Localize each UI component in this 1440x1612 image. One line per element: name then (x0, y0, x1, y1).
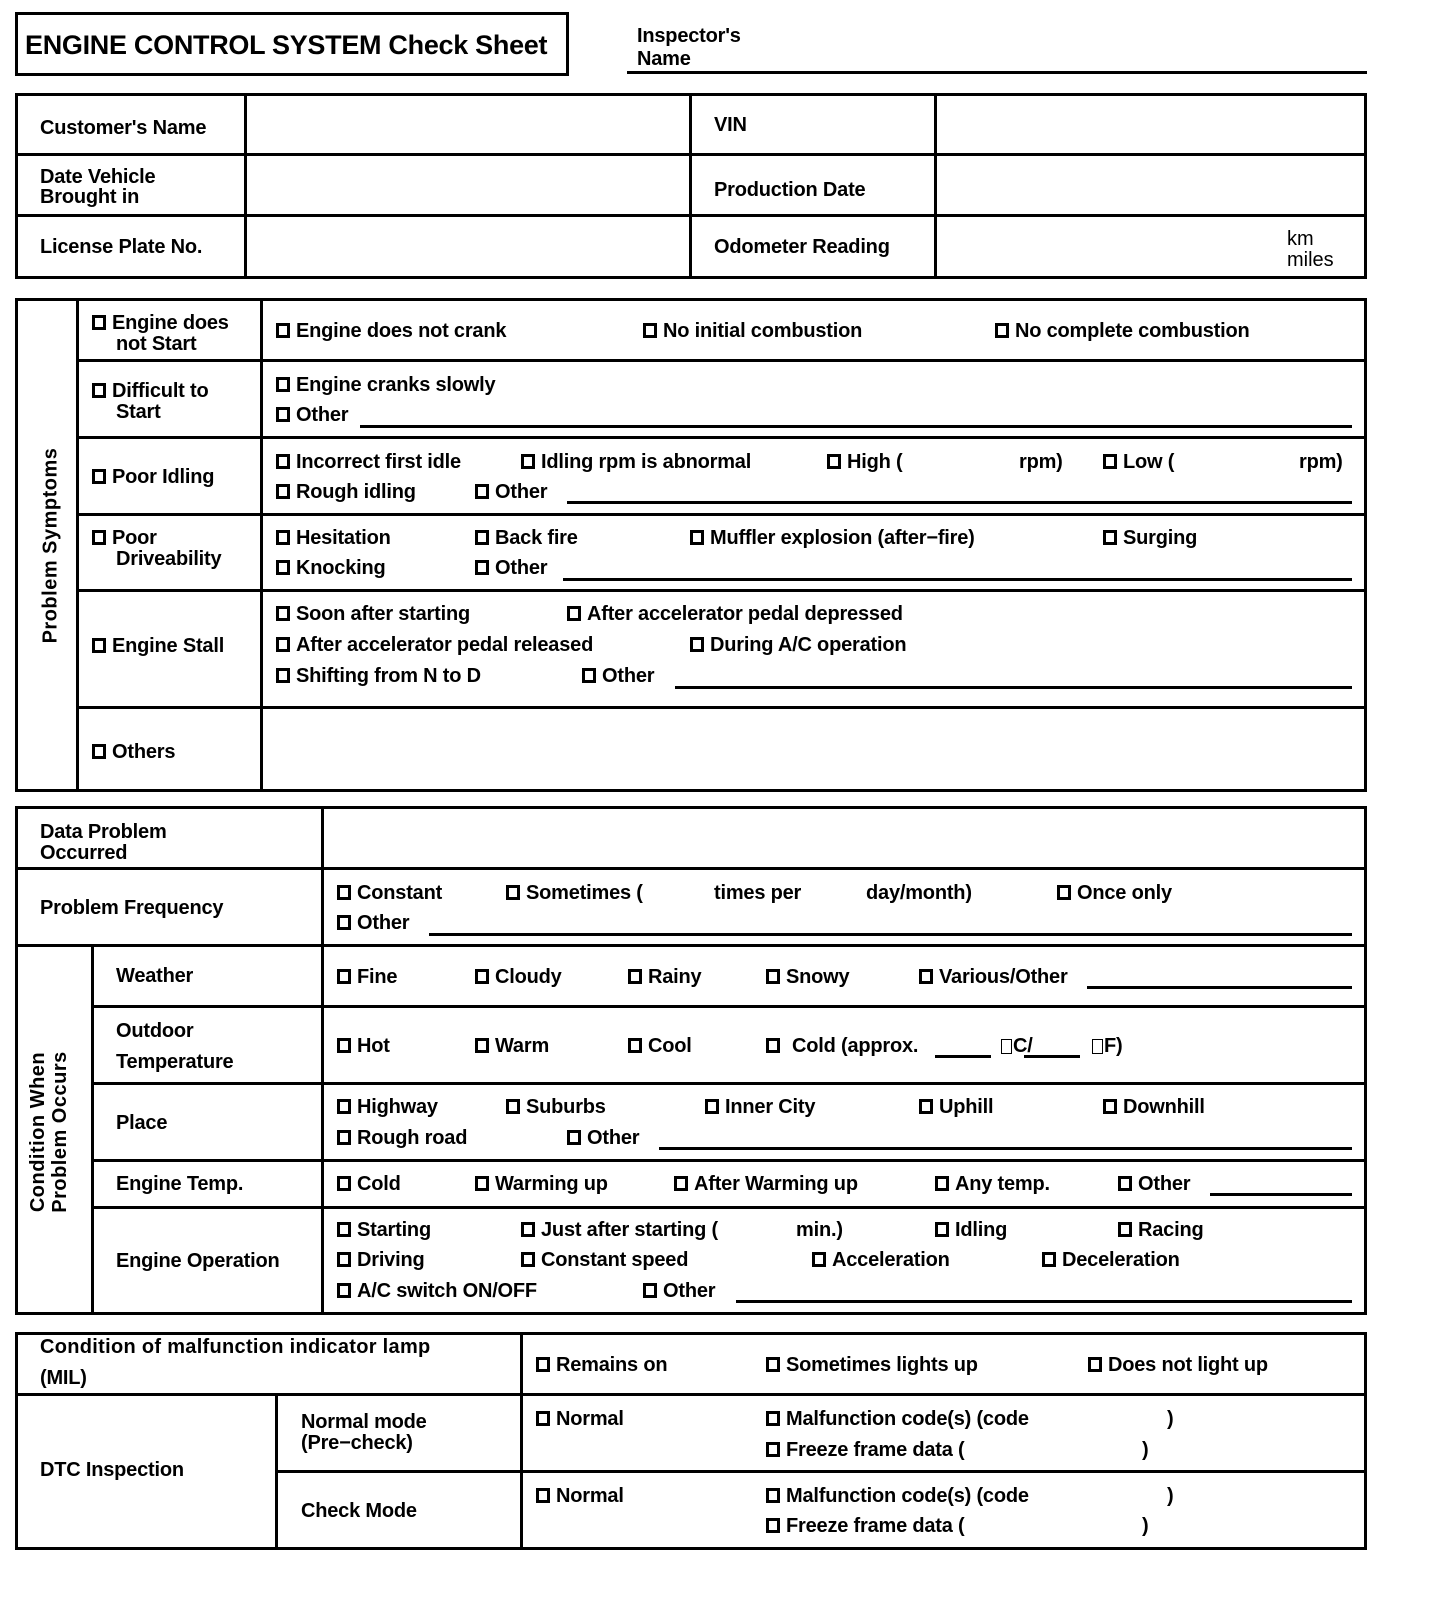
checkbox-icon (276, 637, 290, 652)
production-date-field[interactable] (940, 157, 1364, 213)
engine-operation-label: Engine Operation (116, 1251, 279, 1272)
checkbox-other[interactable]: Other (1118, 1174, 1190, 1195)
divider (91, 1159, 1367, 1162)
minutes-unit: min.) (796, 1220, 843, 1241)
checkbox-remains-on[interactable]: Remains on (536, 1355, 667, 1376)
checkbox-rough-idling[interactable]: Rough idling (276, 482, 416, 503)
checkbox-icon (812, 1252, 826, 1267)
checkbox-starting[interactable]: Starting (337, 1220, 431, 1241)
other-text-field[interactable] (563, 578, 1352, 581)
date-brought-in-field[interactable] (250, 157, 686, 213)
checkbox-does-not-light-up[interactable]: Does not light up (1088, 1355, 1268, 1376)
checkbox-icon (766, 1411, 780, 1426)
dtc-inspection-label: DTC Inspection (40, 1460, 184, 1481)
checkbox-fine[interactable]: Fine (337, 967, 397, 988)
times-per-text: times per (714, 883, 801, 904)
divider (244, 93, 247, 279)
divider (91, 1206, 1367, 1209)
checkbox-icon (674, 1176, 688, 1191)
checkbox-icon (276, 454, 290, 469)
checkbox-icon (337, 1130, 351, 1145)
divider (15, 1393, 1367, 1396)
day-month-text: day/month) (866, 883, 972, 904)
checkbox-malfunction-code-precheck[interactable]: Malfunction code(s) (code (766, 1409, 1029, 1430)
checkbox-icon (506, 885, 520, 900)
checkbox-difficult-to-start[interactable]: Difficult to (92, 381, 208, 401)
checkbox-engine-does-not-crank[interactable]: Engine does not crank (276, 321, 506, 342)
checkbox-just-after-starting[interactable]: Just after starting ( (521, 1220, 718, 1241)
close-paren: ) (1142, 1440, 1148, 1461)
checkbox-icon (475, 969, 489, 984)
checkbox-cold[interactable]: Cold (337, 1174, 401, 1195)
checkbox-rainy[interactable]: Rainy (628, 967, 701, 988)
checkbox-icon (766, 1488, 780, 1503)
divider (76, 298, 79, 792)
fahrenheit-unit: F) (1091, 1036, 1122, 1057)
low-rpm-unit: rpm) (1299, 452, 1343, 473)
checkbox-other[interactable]: Other (337, 913, 409, 934)
checkbox-other[interactable]: Other (643, 1281, 715, 1302)
checkbox-acceleration[interactable]: Acceleration (812, 1250, 950, 1271)
license-plate-field[interactable] (250, 218, 686, 276)
fahrenheit-field[interactable] (1024, 1055, 1080, 1058)
divider (15, 944, 1367, 947)
checkbox-downhill[interactable]: Downhill (1103, 1097, 1205, 1118)
checkbox-icon (827, 454, 841, 469)
checkbox-high-rpm[interactable]: High ( (827, 452, 902, 473)
celsius-unit: C/ (1000, 1036, 1033, 1057)
checkbox-muffler-explosion[interactable]: Muffler explosion (after−fire) (690, 528, 975, 549)
checkbox-icon (521, 454, 535, 469)
checkbox-icon (276, 377, 290, 392)
checkbox-icon (567, 606, 581, 621)
outdoor-temp-label-line1: Outdoor (116, 1021, 193, 1041)
checkbox-once-only[interactable]: Once only (1057, 883, 1172, 904)
checkbox-icon (521, 1222, 535, 1237)
checkbox-icon (506, 1099, 520, 1114)
checkbox-any-temp[interactable]: Any temp. (935, 1174, 1050, 1195)
normal-mode-label-line1: Normal mode (301, 1412, 427, 1432)
checkbox-other[interactable]: Other (567, 1128, 639, 1149)
date-occurred-label-line2: Occurred (40, 843, 127, 863)
category-line2: Driveability (116, 549, 221, 569)
checkbox-icon (1103, 530, 1117, 545)
checkbox-hot[interactable]: Hot (337, 1036, 390, 1057)
checkbox-icon (276, 606, 290, 621)
divider (76, 706, 1367, 709)
date-brought-in-label-line2: Brought in (40, 187, 139, 207)
divider (520, 1332, 523, 1550)
odometer-unit-miles: miles (1287, 250, 1334, 270)
checkbox-icon (1042, 1252, 1056, 1267)
mil-label-line1: Condition of malfunction indicator lamp (40, 1337, 431, 1357)
checkbox-icon (92, 744, 106, 759)
checkbox-icon (337, 1283, 351, 1298)
other-text-field[interactable] (736, 1300, 1352, 1303)
odometer-label: Odometer Reading (714, 237, 890, 258)
normal-mode-label-line2: (Pre−check) (301, 1433, 413, 1453)
checkbox-icon (536, 1411, 550, 1426)
odometer-field[interactable] (940, 218, 1270, 276)
high-rpm-unit: rpm) (1019, 452, 1063, 473)
checkbox-icon (475, 484, 489, 499)
checkbox-freeze-frame-checkmode[interactable]: Freeze frame data ( (766, 1516, 965, 1537)
date-brought-in-label-line1: Date Vehicle (40, 167, 155, 187)
checkbox-cool[interactable]: Cool (628, 1036, 692, 1057)
checkbox-icon (766, 1442, 780, 1457)
checkbox-shifting-n-to-d[interactable]: Shifting from N to D (276, 666, 481, 687)
checkbox-icon (276, 323, 290, 338)
place-label: Place (116, 1113, 167, 1134)
checkbox-icon (92, 530, 106, 545)
other-text-field[interactable] (675, 686, 1352, 689)
checkbox-icon (919, 969, 933, 984)
checkbox-normal-checkmode[interactable]: Normal (536, 1486, 624, 1507)
odometer-unit-km: km (1287, 229, 1314, 249)
checkbox-malfunction-code-checkmode[interactable]: Malfunction code(s) (code (766, 1486, 1029, 1507)
inspector-name-field[interactable] (627, 71, 1367, 74)
checkbox-icon (276, 560, 290, 575)
checkbox-driving[interactable]: Driving (337, 1250, 425, 1271)
divider (91, 1005, 1367, 1008)
checkbox-icon (92, 469, 106, 484)
problem-frequency-label: Problem Frequency (40, 898, 223, 919)
checkbox-back-fire[interactable]: Back fire (475, 528, 578, 549)
checkbox-icon (1088, 1357, 1102, 1372)
checkbox-icon (766, 1357, 780, 1372)
checkbox-icon (475, 1176, 489, 1191)
checkbox-low-rpm[interactable]: Low ( (1103, 452, 1174, 473)
checkbox-icon (536, 1488, 550, 1503)
checkbox-icon (337, 885, 351, 900)
divider (689, 93, 692, 279)
problem-symptoms-section-label: Problem Symptoms (41, 441, 62, 651)
checkbox-poor-idling[interactable]: Poor Idling (92, 467, 214, 488)
checkbox-icon (475, 530, 489, 545)
outdoor-temp-label-line2: Temperature (116, 1052, 233, 1072)
other-text-field[interactable] (360, 425, 1352, 428)
checkbox-engine-cranks-slowly[interactable]: Engine cranks slowly (276, 375, 495, 396)
checkbox-icon (276, 407, 290, 422)
divider (91, 944, 94, 1315)
checkbox-highway[interactable]: Highway (337, 1097, 438, 1118)
date-occurred-label-line1: Data Problem (40, 822, 167, 842)
checkbox-racing[interactable]: Racing (1118, 1220, 1203, 1241)
checkbox-incorrect-first-idle[interactable]: Incorrect first idle (276, 452, 461, 473)
other-text-field[interactable] (1210, 1193, 1352, 1196)
checkbox-icon (766, 1518, 780, 1533)
degree-box-icon (1092, 1039, 1103, 1054)
page-title: ENGINE CONTROL SYSTEM Check Sheet (25, 31, 547, 59)
checkbox-icon (1057, 885, 1071, 900)
divider (76, 513, 1367, 516)
checkbox-sometimes-lights-up[interactable]: Sometimes lights up (766, 1355, 978, 1376)
close-paren: ) (1167, 1409, 1173, 1430)
checkbox-icon (766, 1038, 780, 1053)
checkbox-icon (337, 1176, 351, 1191)
checkbox-icon (337, 915, 351, 930)
checkbox-freeze-frame-precheck[interactable]: Freeze frame data ( (766, 1440, 965, 1461)
vin-label: VIN (714, 115, 747, 136)
checkbox-other[interactable]: Other (475, 558, 547, 579)
checkbox-icon (1118, 1222, 1132, 1237)
checkbox-rough-road[interactable]: Rough road (337, 1128, 467, 1149)
checkbox-icon (919, 1099, 933, 1114)
checkbox-sometimes[interactable]: Sometimes ( (506, 883, 643, 904)
divider (76, 436, 1367, 439)
checkbox-no-complete-combustion[interactable]: No complete combustion (995, 321, 1250, 342)
checkbox-various-other[interactable]: Various/Other (919, 967, 1068, 988)
various-other-text-field[interactable] (1087, 986, 1352, 989)
checkbox-constant[interactable]: Constant (337, 883, 442, 904)
checkbox-icon (536, 1357, 550, 1372)
divider (321, 806, 324, 1315)
checkbox-engine-does-not-start[interactable]: Engine does (92, 313, 229, 333)
condition-section-label: Condition When Problem Occurs (27, 1037, 71, 1227)
checkbox-icon (643, 1283, 657, 1298)
customer-name-field[interactable] (250, 96, 686, 152)
checkbox-icon (92, 383, 106, 398)
checkbox-engine-stall[interactable]: Engine Stall (92, 636, 224, 657)
check-mode-label: Check Mode (301, 1501, 417, 1522)
other-text-field[interactable] (567, 501, 1352, 504)
checkbox-warming-up[interactable]: Warming up (475, 1174, 608, 1195)
checkbox-idling-rpm-abnormal[interactable]: Idling rpm is abnormal (521, 452, 751, 473)
checkbox-icon (643, 323, 657, 338)
checkbox-icon (337, 1038, 351, 1053)
checkbox-during-ac-operation[interactable]: During A/C operation (690, 635, 906, 656)
checkbox-icon (92, 638, 106, 653)
checkbox-other[interactable]: Other (276, 405, 348, 426)
divider (934, 93, 937, 279)
checkbox-inner-city[interactable]: Inner City (705, 1097, 815, 1118)
checkbox-no-initial-combustion[interactable]: No initial combustion (643, 321, 862, 342)
checkbox-icon (628, 969, 642, 984)
divider (76, 589, 1367, 592)
checkbox-icon (92, 315, 106, 330)
checkbox-others[interactable]: Others (92, 742, 175, 763)
divider (260, 298, 263, 792)
close-paren: ) (1142, 1516, 1148, 1537)
checkbox-suburbs[interactable]: Suburbs (506, 1097, 606, 1118)
checkbox-icon (276, 668, 290, 683)
checkbox-snowy[interactable]: Snowy (766, 967, 849, 988)
inspector-name-label-line2: Name (637, 49, 691, 69)
category-line2: Start (116, 402, 161, 422)
other-text-field[interactable] (659, 1147, 1352, 1150)
checkbox-warm[interactable]: Warm (475, 1036, 549, 1057)
others-description-field[interactable] (266, 710, 1364, 789)
checkbox-normal-precheck[interactable]: Normal (536, 1409, 624, 1430)
checkbox-ac-switch[interactable]: A/C switch ON/OFF (337, 1281, 537, 1302)
checkbox-icon (337, 969, 351, 984)
checkbox-idling[interactable]: Idling (935, 1220, 1007, 1241)
checkbox-poor-driveability[interactable]: Poor (92, 528, 157, 548)
checkbox-icon (582, 668, 596, 683)
checkbox-icon (705, 1099, 719, 1114)
checkbox-icon (935, 1176, 949, 1191)
checkbox-icon (475, 1038, 489, 1053)
checkbox-hesitation[interactable]: Hesitation (276, 528, 391, 549)
checkbox-icon (690, 637, 704, 652)
checkbox-cloudy[interactable]: Cloudy (475, 967, 562, 988)
checkbox-after-warming-up[interactable]: After Warming up (674, 1174, 858, 1195)
checkbox-icon (628, 1038, 642, 1053)
checkbox-icon (1118, 1176, 1132, 1191)
checkbox-icon (1103, 454, 1117, 469)
degree-box-icon (1001, 1039, 1012, 1054)
celsius-field[interactable] (935, 1055, 991, 1058)
checkbox-after-pedal-depressed[interactable]: After accelerator pedal depressed (567, 604, 903, 625)
checkbox-constant-speed[interactable]: Constant speed (521, 1250, 688, 1271)
checkbox-icon (935, 1222, 949, 1237)
checkbox-icon (337, 1099, 351, 1114)
checkbox-after-pedal-released[interactable]: After accelerator pedal released (276, 635, 593, 656)
divider (76, 359, 1367, 362)
checkbox-other[interactable]: Other (475, 482, 547, 503)
date-occurred-field[interactable] (327, 809, 1364, 866)
checkbox-uphill[interactable]: Uphill (919, 1097, 993, 1118)
checkbox-icon (337, 1252, 351, 1267)
checkbox-other[interactable]: Other (582, 666, 654, 687)
weather-label: Weather (116, 966, 193, 987)
checkbox-cold-approx[interactable]: Cold (approx. (766, 1036, 918, 1057)
category-line2: not Start (116, 334, 196, 354)
checkbox-icon (690, 530, 704, 545)
divider (275, 1470, 1367, 1473)
checkbox-deceleration[interactable]: Deceleration (1042, 1250, 1180, 1271)
divider (91, 1082, 1367, 1085)
checkbox-icon (567, 1130, 581, 1145)
checkbox-soon-after-starting[interactable]: Soon after starting (276, 604, 470, 625)
checkbox-icon (995, 323, 1009, 338)
mil-label-line2: (MIL) (40, 1368, 87, 1388)
checkbox-icon (1103, 1099, 1117, 1114)
other-text-field[interactable] (429, 933, 1352, 936)
checkbox-icon (337, 1222, 351, 1237)
checkbox-knocking[interactable]: Knocking (276, 558, 386, 579)
checkbox-icon (475, 560, 489, 575)
checkbox-icon (521, 1252, 535, 1267)
license-plate-label: License Plate No. (40, 237, 202, 258)
divider (15, 867, 1367, 870)
engine-temp-label: Engine Temp. (116, 1174, 243, 1195)
customer-name-label: Customer's Name (40, 118, 206, 139)
production-date-label: Production Date (714, 180, 865, 201)
close-paren: ) (1167, 1486, 1173, 1507)
vin-field[interactable] (940, 96, 1364, 152)
checkbox-icon (276, 530, 290, 545)
inspector-name-label-line1: Inspector's (637, 26, 741, 46)
checkbox-icon (276, 484, 290, 499)
checkbox-icon (766, 969, 780, 984)
checkbox-surging[interactable]: Surging (1103, 528, 1197, 549)
